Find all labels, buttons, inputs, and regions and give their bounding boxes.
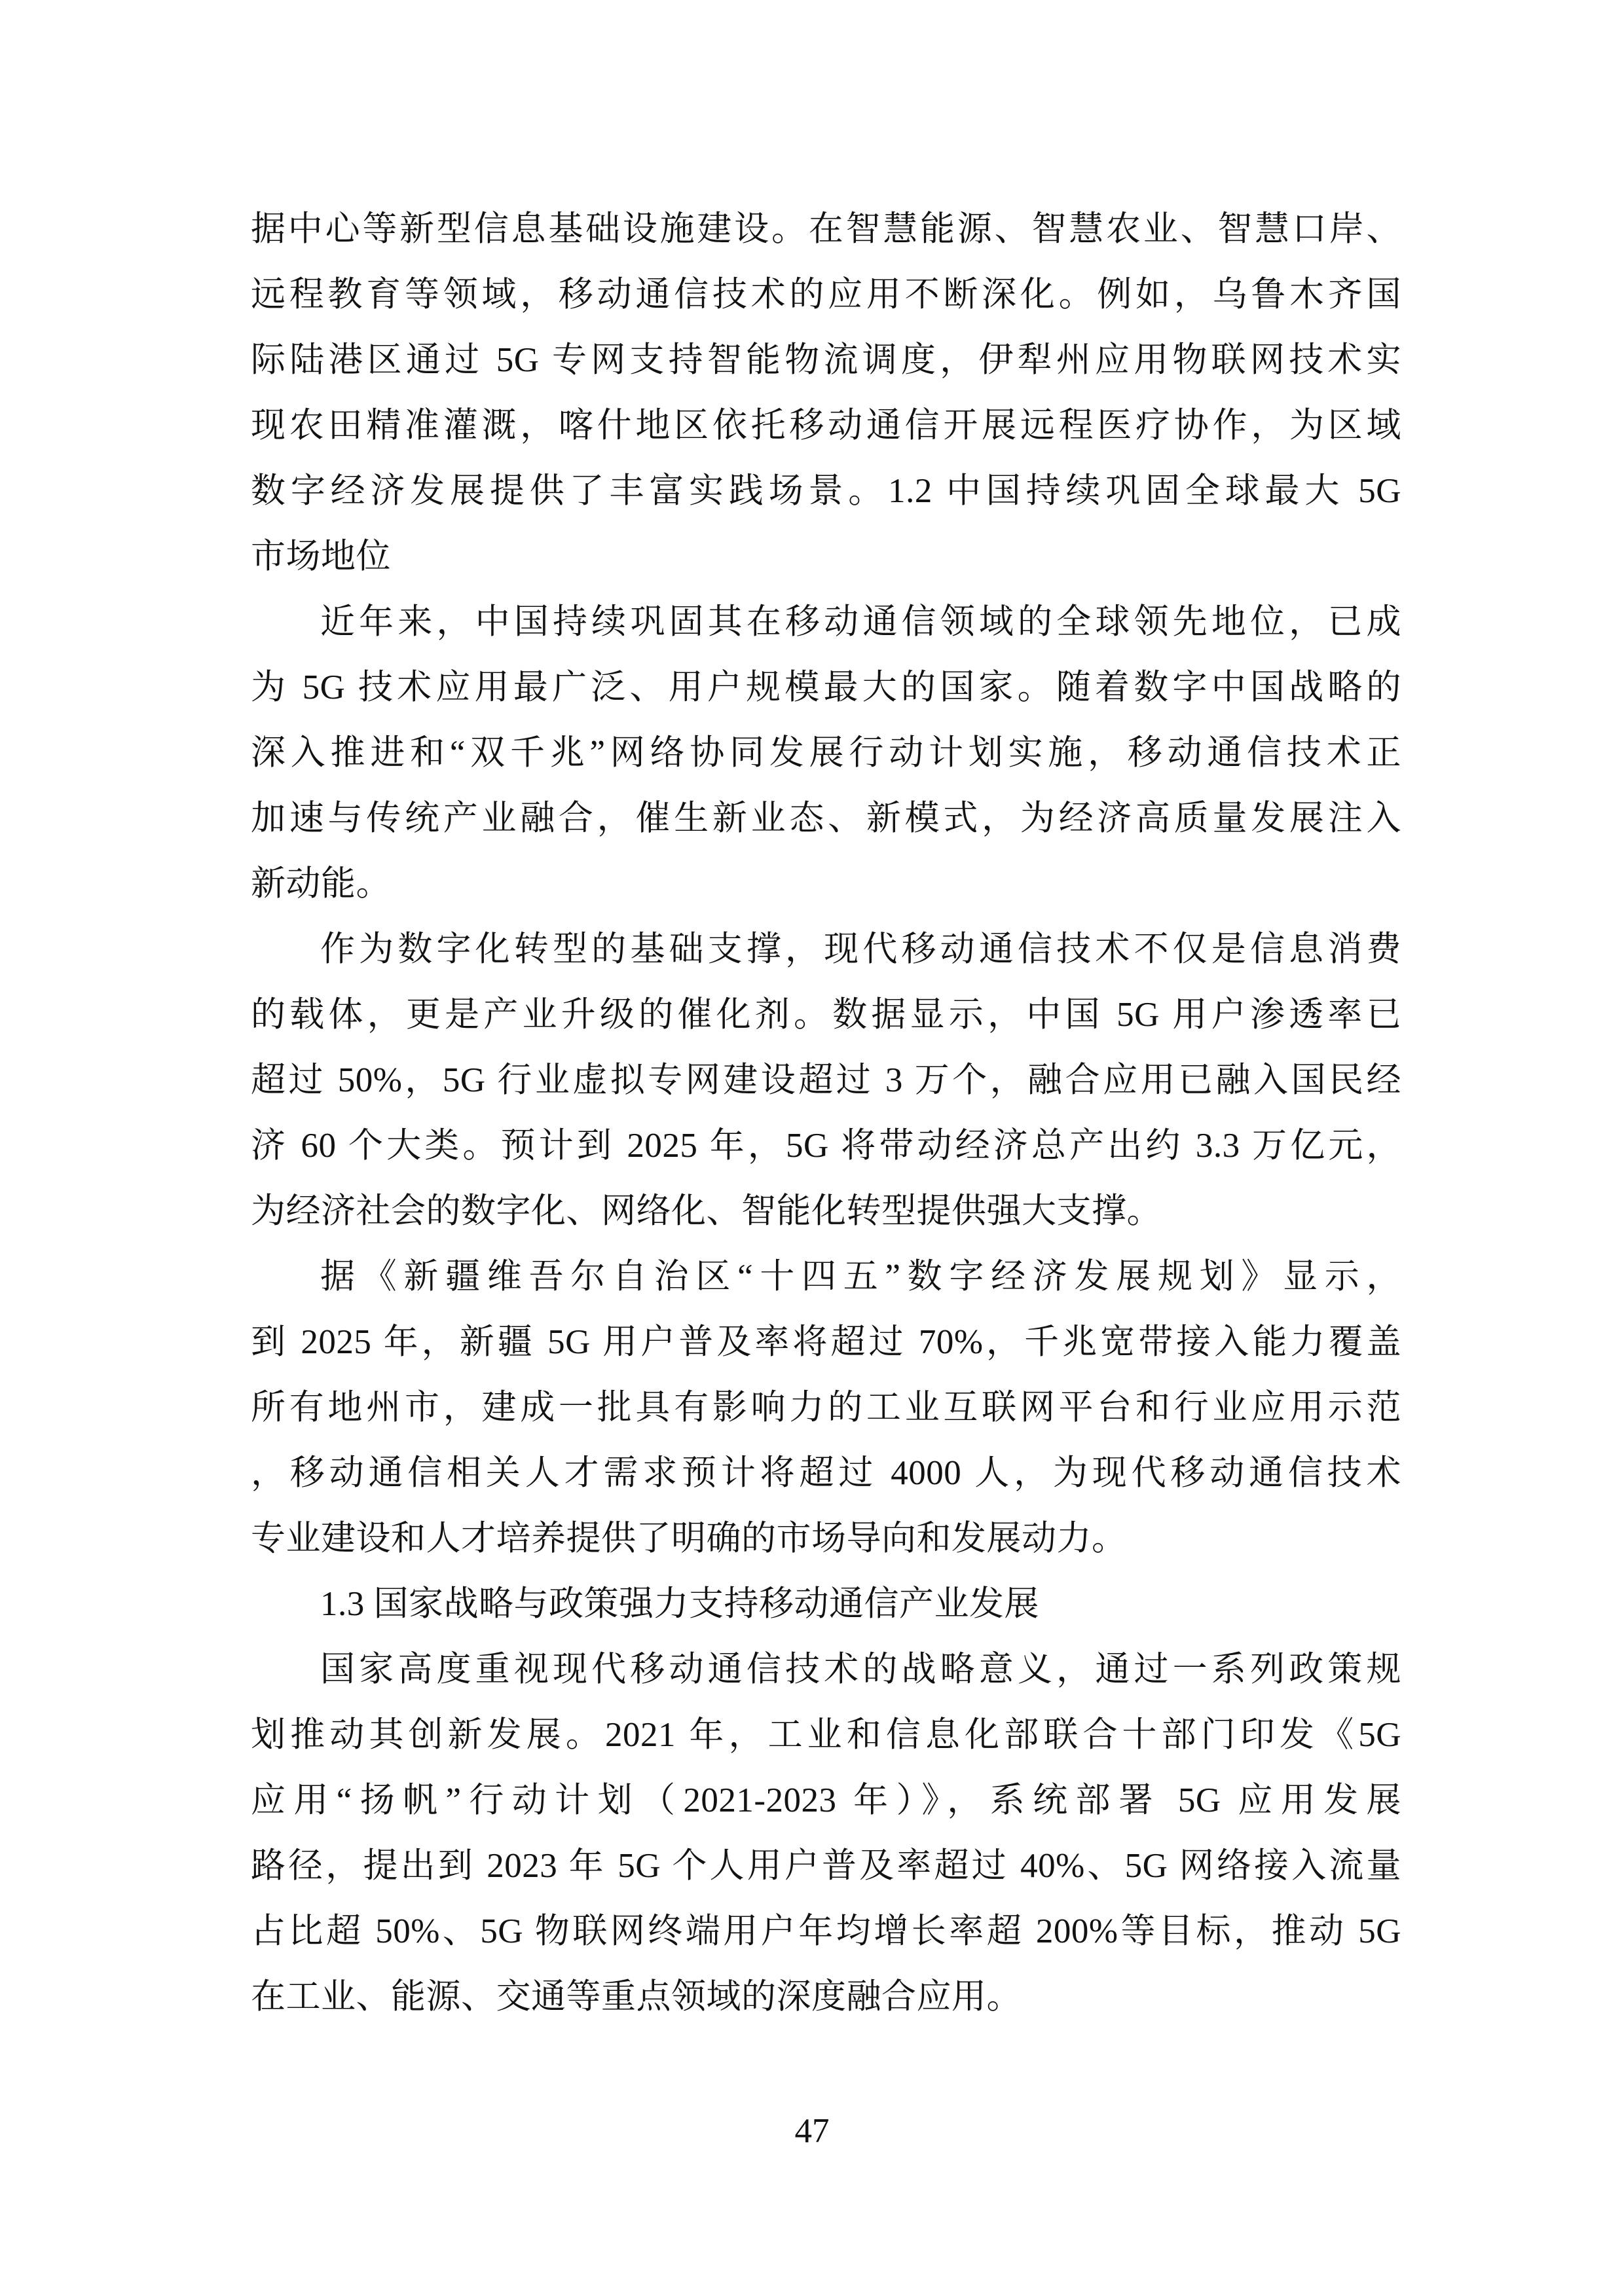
document-body-text: 据中心等新型信息基础设施建设。在智慧能源、智慧农业、智慧口岸、 远程教育等领域，… [251,196,1401,2030]
text-line-18: 到 2025 年，新疆 5G 用户普及率将超过 70%，千兆宽带接入能力覆盖 [251,1309,1401,1375]
section-heading-1-3: 1.3 国家战略与政策强力支持移动通信产业发展 [251,1571,1401,1637]
text-line-7: 近年来，中国持续巩固其在移动通信领域的全球领先地位，已成 [251,589,1401,655]
text-line-15: 济 60 个大类。预计到 2025 年，5G 将带动经济总产出约 3.3 万亿元… [251,1113,1401,1178]
text-line-19: 所有地州市，建成一批具有影响力的工业互联网平台和行业应用示范 [251,1375,1401,1440]
text-line-13: 的载体，更是产业升级的催化剂。数据显示，中国 5G 用户渗透率已 [251,982,1401,1048]
text-line-25: 应用“扬帆”行动计划（2021-2023 年）》，系统部署 5G 应用发展 [251,1768,1401,1833]
text-line-9: 深入推进和“双千兆”网络协同发展行动计划实施，移动通信技术正 [251,720,1401,786]
text-line-6: 市场地位 [251,524,1401,589]
text-line-16: 为经济社会的数字化、网络化、智能化转型提供强大支撑。 [251,1178,1401,1244]
text-line-2: 远程教育等领域，移动通信技术的应用不断深化。例如，乌鲁木齐国 [251,262,1401,327]
text-line-20: ，移动通信相关人才需求预计将超过 4000 人，为现代移动通信技术 [251,1440,1401,1506]
text-line-27: 占比超 50%、5G 物联网终端用户年均增长率超 200%等目标，推动 5G [251,1899,1401,1964]
text-line-28: 在工业、能源、交通等重点领域的深度融合应用。 [251,1964,1401,2030]
page-footer: 47 [0,2098,1624,2172]
text-line-26: 路径，提出到 2023 年 5G 个人用户普及率超过 40%、5G 网络接入流量 [251,1833,1401,1899]
text-line-17: 据《新疆维吾尔自治区“十四五”数字经济发展规划》显示， [251,1244,1401,1309]
text-line-5: 数字经济发展提供了丰富实践场景。1.2 中国持续巩固全球最大 5G [251,458,1401,524]
text-line-8: 为 5G 技术应用最广泛、用户规模最大的国家。随着数字中国战略的 [251,655,1401,720]
text-line-12: 作为数字化转型的基础支撑，现代移动通信技术不仅是信息消费 [251,917,1401,982]
text-line-4: 现农田精准灌溉，喀什地区依托移动通信开展远程医疗协作，为区域 [251,393,1401,458]
text-line-14: 超过 50%，5G 行业虚拟专网建设超过 3 万个，融合应用已融入国民经 [251,1048,1401,1113]
text-line-10: 加速与传统产业融合，催生新业态、新模式，为经济高质量发展注入 [251,786,1401,851]
text-line-1: 据中心等新型信息基础设施建设。在智慧能源、智慧农业、智慧口岸、 [251,196,1401,262]
text-line-24: 划推动其创新发展。2021 年，工业和信息化部联合十部门印发《5G [251,1702,1401,1768]
text-line-11: 新动能。 [251,851,1401,917]
text-line-3: 际陆港区通过 5G 专网支持智能物流调度，伊犁州应用物联网技术实 [251,327,1401,393]
document-page: 据中心等新型信息基础设施建设。在智慧能源、智慧农业、智慧口岸、 远程教育等领域，… [0,0,1624,2296]
text-line-23: 国家高度重视现代移动通信技术的战略意义，通过一系列政策规 [251,1637,1401,1702]
text-line-21: 专业建设和人才培养提供了明确的市场导向和发展动力。 [251,1506,1401,1571]
page-number: 47 [795,2112,830,2150]
